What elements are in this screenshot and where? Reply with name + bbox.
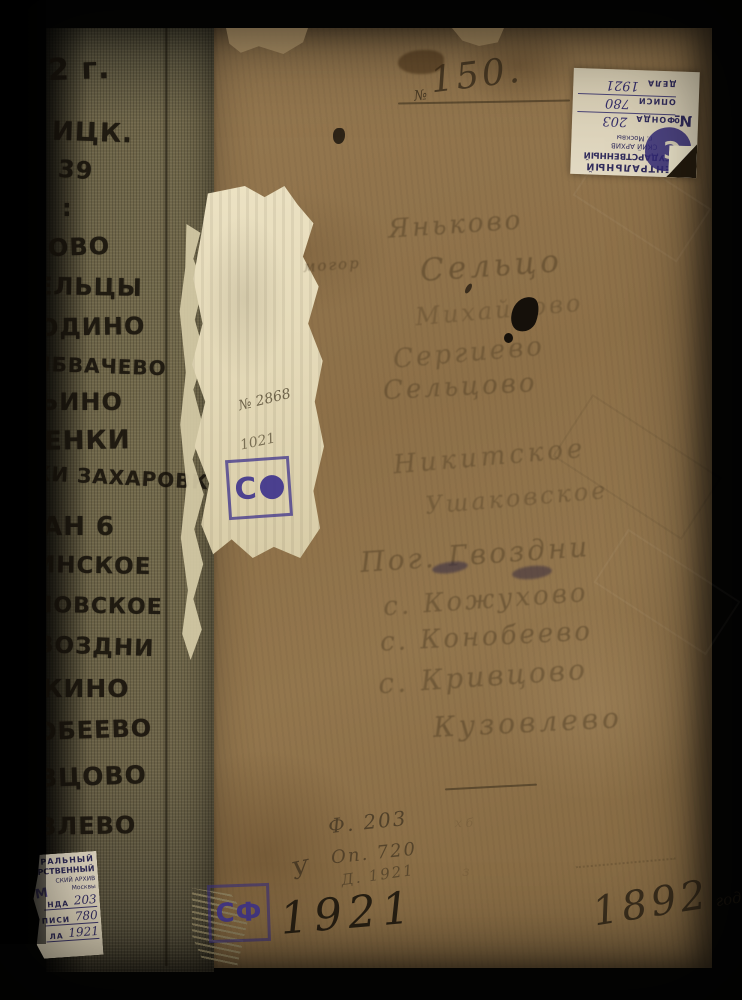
spine-text: ОБЕЕВО xyxy=(46,714,153,746)
field-value: 780 xyxy=(74,908,98,924)
left-shadow xyxy=(0,0,46,944)
numero-sign: № xyxy=(674,111,693,130)
field-value: 780 xyxy=(605,95,630,111)
spine-text: 39 xyxy=(57,155,94,185)
spine-text: ВОЗДНИ xyxy=(46,632,155,662)
archival-book-cover-photo: 2 г. ИЦК. 39 : ОВО ЕЛЬЦЫ ОДИНО ЛБВАЧЕВО … xyxy=(0,0,742,1000)
sf-stamp-patch: С xyxy=(225,456,293,520)
spine-text: ЬИНО xyxy=(46,388,123,416)
spine-text: ИЦК. xyxy=(52,117,134,150)
field-value: 203 xyxy=(73,892,97,908)
spine-text: ЕНКИ xyxy=(46,425,131,457)
spine-text: АН 6 xyxy=(46,512,115,542)
field-label: ЛА xyxy=(49,932,64,942)
field-label: НДА xyxy=(47,899,69,909)
stain xyxy=(398,50,444,74)
year-1892-suffix: год xyxy=(714,888,742,910)
stamp-letter-c: С xyxy=(233,471,257,507)
sf-stamp-bottom: СФ xyxy=(207,883,271,943)
faint-mark: х б xyxy=(455,816,473,830)
spine-text: ОВО xyxy=(48,232,111,262)
field-label: ОПИСИ xyxy=(638,96,676,106)
field-value: 1921 xyxy=(606,77,640,93)
spine-text: НОВСКОЕ xyxy=(46,593,163,620)
spine-text: ВЦОВО xyxy=(46,760,147,793)
spine-text: 2 г. xyxy=(47,51,111,88)
archive-corner-label: ЦЕНТРАЛЬНЫЙ ГОСУДАРСТВЕННЫЙ СКИЙ АРХИВ г… xyxy=(570,68,700,178)
spine-text: ЛБВАЧЕВО xyxy=(46,352,167,381)
spine-text: ЕЛЬЦЫ xyxy=(46,272,143,302)
faint-mark: з xyxy=(462,864,470,880)
field-value: 203 xyxy=(602,113,627,129)
spine-ridge xyxy=(164,28,169,966)
spine-text: ОДИНО xyxy=(46,312,146,342)
field-label: ДЕЛА xyxy=(647,78,677,88)
stamp-letters: СФ xyxy=(215,897,263,929)
spine-text: КИНО xyxy=(46,674,130,703)
ink-blot xyxy=(504,333,513,343)
field-value: 1921 xyxy=(68,924,99,940)
spine-text: : xyxy=(62,194,73,222)
stamp-blob xyxy=(259,474,285,500)
field-label: ФОНДА xyxy=(635,114,675,124)
spine-text: ИНСКОЕ xyxy=(46,552,152,580)
spine-text: ВЛЕВО xyxy=(46,811,137,841)
